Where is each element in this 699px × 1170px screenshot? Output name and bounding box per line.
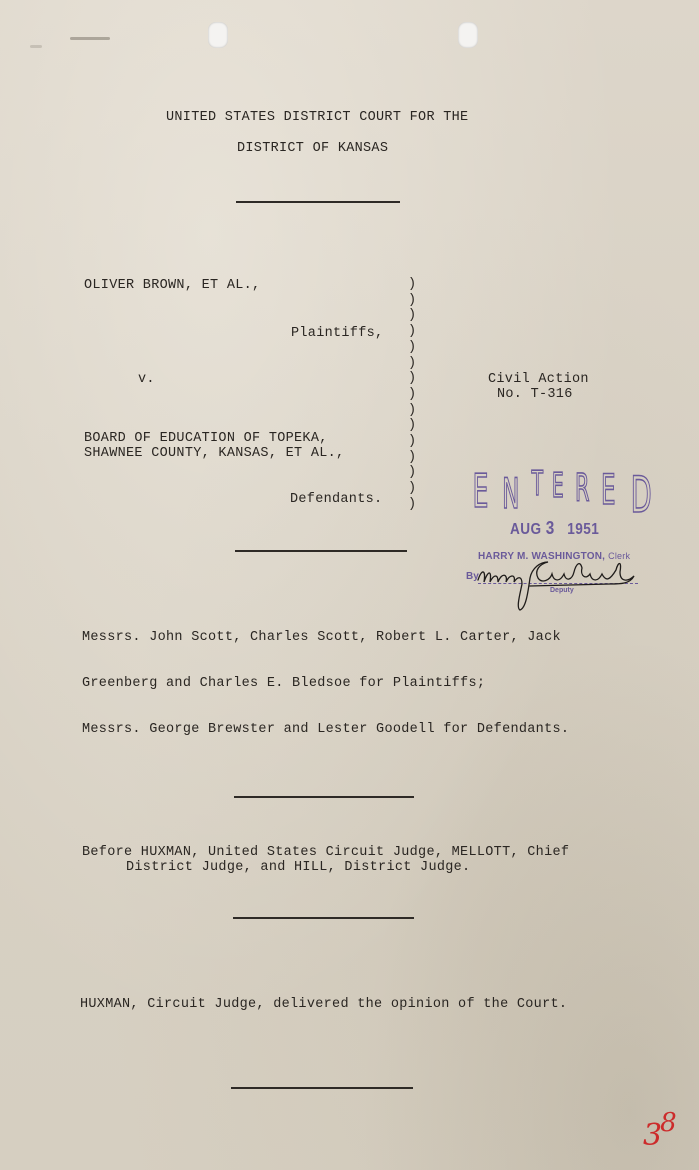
punch-hole-left	[208, 22, 228, 48]
divider-rule	[236, 201, 400, 203]
versus: v.	[138, 372, 155, 387]
defendant-role: Defendants.	[290, 492, 382, 507]
stamp-year: 1951	[567, 521, 599, 538]
ink-smudge	[30, 45, 42, 48]
bench-line2: District Judge, and HILL, District Judge…	[126, 860, 470, 875]
court-name-line1: UNITED STATES DISTRICT COURT FOR THE	[166, 110, 468, 125]
divider-rule	[233, 917, 414, 919]
divider-rule	[234, 796, 414, 798]
stamp-letter: E	[473, 464, 489, 518]
case-number: No. T-316	[497, 387, 573, 402]
stamp-letter: D	[630, 466, 651, 524]
divider-rule	[235, 550, 407, 552]
divider-rule	[231, 1087, 413, 1089]
caption-bracket: ) ) ) ) ) ) ) ) ) ) ) ) ) ) )	[408, 277, 422, 513]
plaintiff-name: OLIVER BROWN, ET AL.,	[84, 278, 260, 293]
court-document-page: UNITED STATES DISTRICT COURT FOR THE DIS…	[0, 0, 699, 1170]
counsel-line3: Messrs. George Brewster and Lester Goode…	[82, 722, 569, 737]
stamp-month: AUG	[510, 521, 542, 538]
stamp-letter: E	[552, 466, 564, 506]
counsel-line2: Greenberg and Charles E. Bledsoe for Pla…	[82, 676, 485, 691]
stamp-letter: R	[575, 466, 590, 510]
court-name-line2: DISTRICT OF KANSAS	[237, 141, 388, 156]
folio-number: 38	[643, 1118, 679, 1153]
plaintiff-role: Plaintiffs,	[291, 326, 383, 341]
defendant-name-line2: SHAWNEE COUNTY, KANSAS, ET AL.,	[84, 446, 344, 461]
stamp-letter: E	[601, 465, 616, 514]
stamp-letter: N	[502, 469, 519, 518]
counsel-line1: Messrs. John Scott, Charles Scott, Rober…	[82, 630, 561, 645]
stamp-day: 3	[546, 518, 555, 538]
stamp-letter: T	[531, 464, 542, 504]
opinion-line: HUXMAN, Circuit Judge, delivered the opi…	[80, 997, 567, 1012]
defendant-name-line1: BOARD OF EDUCATION OF TOPEKA,	[84, 431, 328, 446]
ink-smudge	[70, 37, 110, 40]
entered-stamp: E N T E R E D	[466, 458, 646, 518]
stamp-date: AUG 3 1951	[510, 518, 599, 539]
bench-line1: Before HUXMAN, United States Circuit Jud…	[82, 845, 569, 860]
case-type: Civil Action	[488, 372, 589, 387]
punch-hole-right	[458, 22, 478, 48]
folio-digit: 8	[660, 1108, 677, 1138]
deputy-signature: Mary Sockard	[470, 548, 650, 618]
